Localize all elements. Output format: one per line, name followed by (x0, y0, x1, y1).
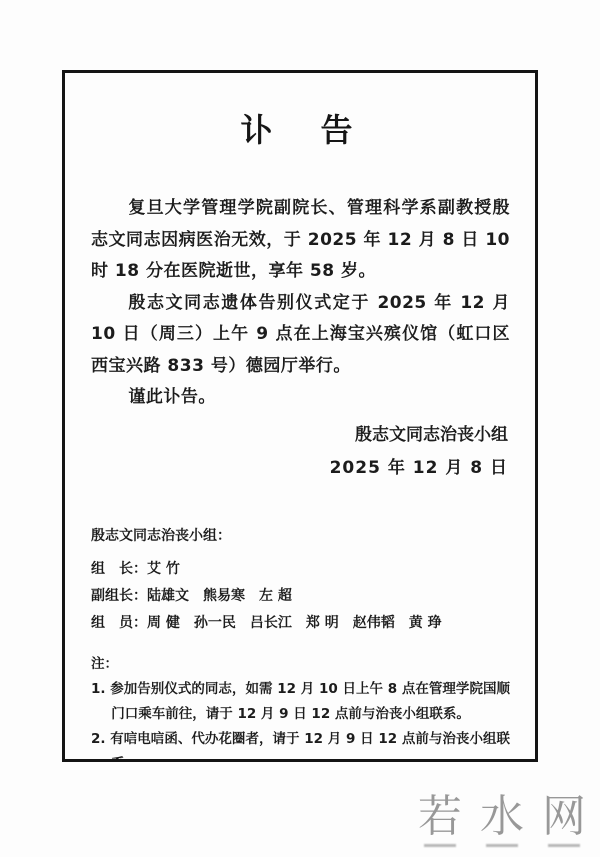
watermark-text: 若水网 (418, 795, 600, 839)
roster-label-members: 组 员： (91, 615, 147, 631)
roster-title: 殷志文同志治丧小组： (91, 523, 510, 550)
notice-closing-line: 谨此讣告。 (91, 382, 510, 414)
funeral-committee-roster: 殷志文同志治丧小组： 组 长：艾 竹 副组长：陆雄文 熊易寒 左 超 组 员：周… (91, 523, 510, 637)
watermark-tagline-segment (548, 844, 580, 847)
roster-row-deputy-leaders: 副组长：陆雄文 熊易寒 左 超 (91, 583, 510, 610)
site-watermark: 若水网 (418, 795, 586, 847)
roster-names-members: 周 健 孙一民 吕长江 郑 明 赵伟韬 黄 琤 (147, 615, 442, 631)
roster-names-leader: 艾 竹 (147, 561, 180, 577)
roster-label-leader: 组 长： (91, 561, 147, 577)
notice-title: 讣 告 (91, 105, 510, 151)
signature-date: 2025 年 12 月 8 日 (91, 452, 508, 485)
roster-label-deputy: 副组长： (91, 588, 147, 604)
notice-paragraph-ceremony: 殷志文同志遗体告别仪式定于 2025 年 12 月 10 日（周三）上午 9 点… (91, 288, 510, 383)
notes-title: 注： (91, 652, 510, 677)
roster-names-deputy: 陆雄文 熊易寒 左 超 (147, 588, 292, 604)
roster-row-members: 组 员：周 健 孙一民 吕长江 郑 明 赵伟韬 黄 琤 (91, 610, 510, 637)
roster-row-leader: 组 长：艾 竹 (91, 556, 510, 583)
obituary-scan-page: 讣 告 复旦大学管理学院副院长、管理科学系副教授殷志文同志因病医治无效，于 20… (0, 0, 600, 857)
notes-section: 注： 1. 参加告别仪式的同志，如需 12 月 10 日上午 8 点在管理学院国… (91, 652, 510, 763)
watermark-tagline-segment (424, 844, 456, 847)
watermark-tagline-segment (486, 844, 518, 847)
notice-border-frame: 讣 告 复旦大学管理学院副院长、管理科学系副教授殷志文同志因病医治无效，于 20… (62, 70, 538, 762)
notice-paragraph-death: 复旦大学管理学院副院长、管理科学系副教授殷志文同志因病医治无效，于 2025 年… (91, 193, 510, 288)
note-item-transport: 1. 参加告别仪式的同志，如需 12 月 10 日上午 8 点在管理学院国顺门口… (91, 677, 510, 727)
signature-group-name: 殷志文同志治丧小组 (91, 419, 508, 452)
signature-block: 殷志文同志治丧小组 2025 年 12 月 8 日 (91, 419, 510, 485)
note-item-condolences: 2. 有唁电唁函、代办花圈者，请于 12 月 9 日 12 点前与治丧小组联系。 (91, 727, 510, 763)
